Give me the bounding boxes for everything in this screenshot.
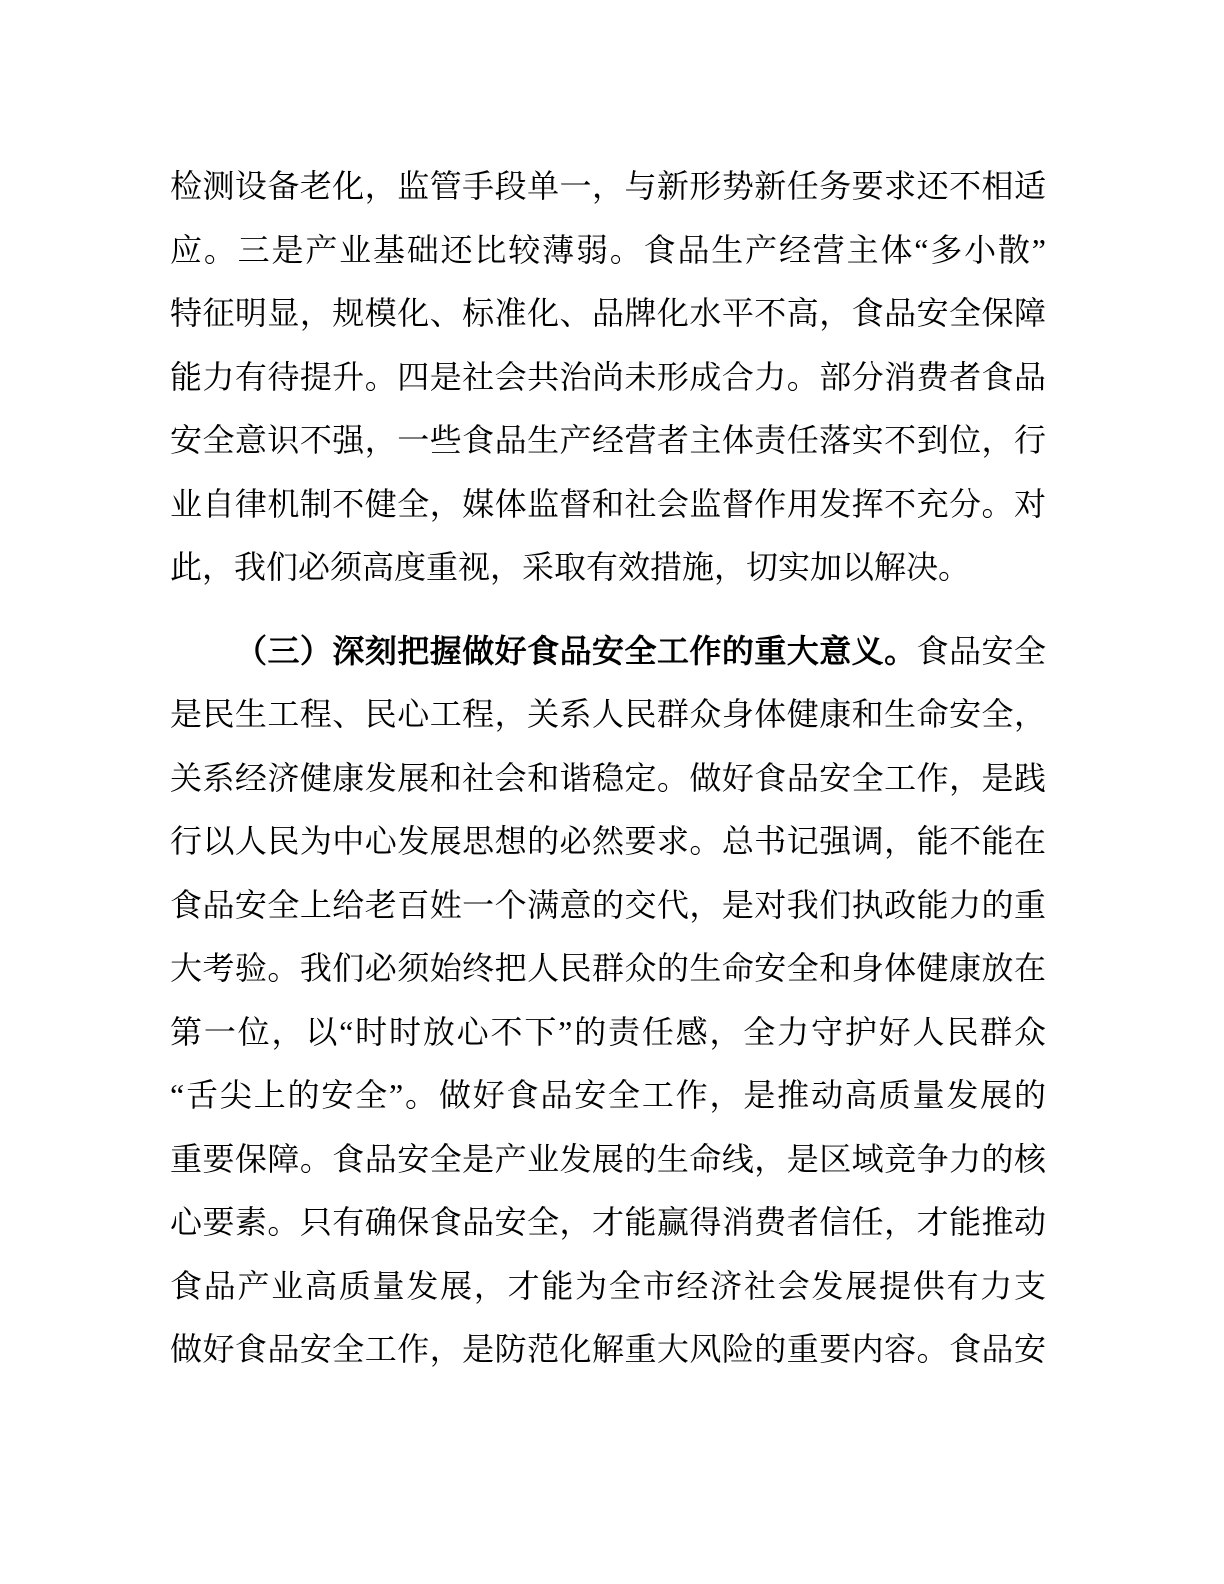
paragraph-continuation: 检测设备老化，监管手段单一，与新形势新任务要求还不相适 应。三是产业基础还比较薄… <box>170 155 1046 600</box>
paragraph-section: （三）深刻把握做好食品安全工作的重大意义。食品安全 是民生工程、民心工程，关系人… <box>170 620 1046 1382</box>
text-line: 检测设备老化，监管手段单一，与新形势新任务要求还不相适 <box>170 155 1046 219</box>
text-line: 安全意识不强，一些食品生产经营者主体责任落实不到位，行 <box>170 409 1046 473</box>
text-line: 食品产业高质量发展，才能为全市经济社会发展提供有力支撑。 <box>170 1255 1046 1319</box>
document-page: 检测设备老化，监管手段单一，与新形势新任务要求还不相适 应。三是产业基础还比较薄… <box>0 0 1224 1584</box>
text-line: 重要保障。食品安全是产业发展的生命线，是区域竞争力的核 <box>170 1128 1046 1192</box>
text-line: 第一位，以“时时放心不下”的责任感，全力守护好人民群众 <box>170 1001 1046 1065</box>
text-line: 心要素。只有确保食品安全，才能赢得消费者信任，才能推动 <box>170 1191 1046 1255</box>
text-line: 能力有待提升。四是社会共治尚未形成合力。部分消费者食品 <box>170 346 1046 410</box>
text-line: 是民生工程、民心工程，关系人民群众身体健康和生命安全， <box>170 683 1046 747</box>
section-heading-line: （三）深刻把握做好食品安全工作的重大意义。食品安全 <box>170 620 1046 684</box>
text-line: 关系经济健康发展和社会和谐稳定。做好食品安全工作，是践 <box>170 747 1046 811</box>
text-line: 做好食品安全工作，是防范化解重大风险的重要内容。食品安 <box>170 1318 1046 1382</box>
text-line: 食品安全上给老百姓一个满意的交代，是对我们执政能力的重 <box>170 874 1046 938</box>
page-content: 检测设备老化，监管手段单一，与新形势新任务要求还不相适 应。三是产业基础还比较薄… <box>170 155 1046 1382</box>
text-line: 业自律机制不健全，媒体监督和社会监督作用发挥不充分。对 <box>170 473 1046 537</box>
text-line: 应。三是产业基础还比较薄弱。食品生产经营主体“多小散” <box>170 219 1046 283</box>
text-line: 此，我们必须高度重视，采取有效措施，切实加以解决。 <box>170 536 1046 600</box>
text-line: 行以人民为中心发展思想的必然要求。总书记强调，能不能在 <box>170 810 1046 874</box>
section-heading-tail: 食品安全 <box>917 633 1046 669</box>
section-heading: （三）深刻把握做好食品安全工作的重大意义。 <box>235 633 917 669</box>
text-line: “舌尖上的安全”。做好食品安全工作，是推动高质量发展的 <box>170 1064 1046 1128</box>
text-line: 大考验。我们必须始终把人民群众的生命安全和身体健康放在 <box>170 937 1046 1001</box>
text-line: 特征明显，规模化、标准化、品牌化水平不高，食品安全保障 <box>170 282 1046 346</box>
